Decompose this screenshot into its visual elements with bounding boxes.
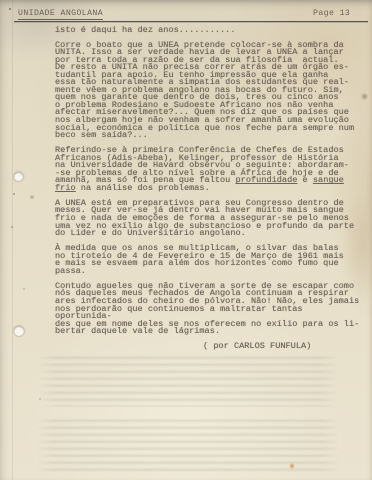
bleedthrough-text-block-1 <box>38 352 338 407</box>
ink-speck-right <box>361 92 368 101</box>
article-body: isto é daqui ha dez anos........... Corr… <box>55 27 362 351</box>
page-header: UNIDADE ANGOLANA Page 13 <box>0 9 372 21</box>
document-page: UNIDADE ANGOLANA Page 13 isto é daqui ha… <box>0 0 372 480</box>
opening-line: isto é daqui ha dez anos........... <box>55 27 362 35</box>
paper-specks <box>9 8 11 10</box>
publication-title: UNIDADE ANGOLANA <box>18 9 103 20</box>
punch-hole-bottom <box>14 326 24 336</box>
punch-hole-top <box>14 172 23 181</box>
paragraph: Contudo aqueles que não tiveram a sorte … <box>55 283 362 336</box>
paper-crease <box>12 0 13 480</box>
page-number: Page 13 <box>313 9 350 18</box>
rust-speck-bottom <box>289 463 295 469</box>
paragraph: Referindo-se à primeira Conferência de C… <box>55 147 362 192</box>
header-rule <box>14 21 368 22</box>
byline: ( por CARLOS FUNFULA) <box>203 343 362 351</box>
paper-stain <box>326 185 372 335</box>
paragraph: À medida que os anos se multiplicam, o s… <box>55 245 362 275</box>
paragraph: A UNEA está em preparativos para seu Con… <box>55 200 362 238</box>
paragraph: Corre o boato que a UNEA pretende coloca… <box>55 42 362 140</box>
paragraphs-container: Corre o boato que a UNEA pretende coloca… <box>55 42 362 336</box>
